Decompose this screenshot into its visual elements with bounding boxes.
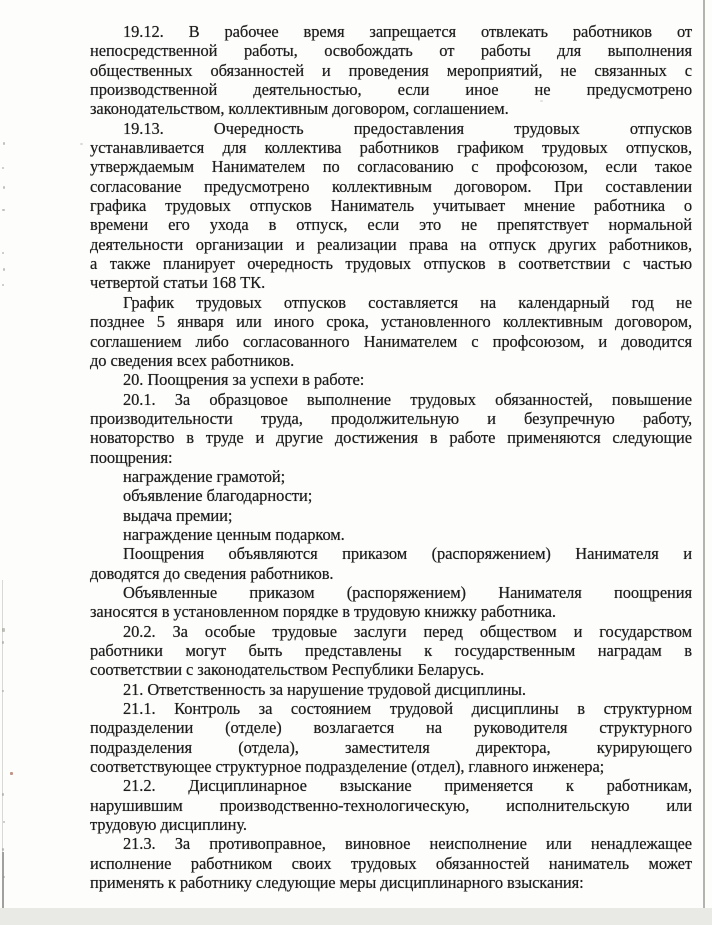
text-line: трудовую дисциплину. [90, 815, 692, 834]
paragraph-list-item-certificate: награждение грамотой; [90, 467, 692, 486]
scan-speck [2, 284, 4, 286]
paragraph-21-2: 21.2. Дисциплинарное взыскание применяет… [90, 776, 692, 834]
scan-speck [2, 793, 4, 796]
text-line: четвертой статьи 168 ТК. [90, 273, 692, 292]
scan-speck [2, 252, 4, 254]
text-line: устанавливается для коллектива работнико… [90, 138, 692, 157]
text-line: новаторство в труде и другие достижения … [90, 428, 692, 447]
text-line: производственной деятельностью, если ино… [90, 80, 692, 99]
paragraph-19-12: 19.12. В рабочее время запрещается отвле… [90, 22, 692, 119]
paragraph-incentives-order: Поощрения объявляются приказом (распоряж… [90, 544, 692, 583]
scan-speck [3, 186, 5, 189]
scan-speck [2, 690, 4, 692]
paragraph-21-3: 21.3. За противоправное, виновное неиспо… [90, 834, 692, 892]
text-line: заносятся в установленном порядке в труд… [90, 602, 692, 621]
paragraph-20-heading: 20. Поощрения за успехи в работе: [90, 370, 692, 389]
scan-speck [3, 142, 5, 145]
paragraph-20-1: 20.1. За образцовое выполнение трудовых … [90, 390, 692, 467]
text-line: поощрения: [90, 448, 692, 467]
text-line: а также планирует очередность трудовых о… [90, 254, 692, 273]
scan-speck [3, 876, 5, 878]
paragraph-19-13: 19.13. Очередность предоставления трудов… [90, 119, 692, 293]
scan-speck [2, 167, 4, 169]
text-line: соответствующее структурное подразделени… [90, 757, 692, 776]
text-line: 20.2. За особые трудовые заслуги перед о… [90, 622, 692, 641]
document-page: 19.12. В рабочее время запрещается отвле… [0, 0, 712, 925]
scan-speck [3, 268, 5, 271]
paragraph-list-item-gratitude: объявление благодарности; [90, 486, 692, 505]
text-line: подразделении (отделе) возлагается на ру… [90, 718, 692, 737]
paragraph-20-2: 20.2. За особые трудовые заслуги перед о… [90, 622, 692, 680]
paragraph-list-item-bonus: выдача премии; [90, 506, 692, 525]
paragraph-21-heading: 21. Ответственность за нарушение трудово… [90, 680, 692, 699]
text-line: 19.12. В рабочее время запрещается отвле… [90, 22, 692, 41]
text-line: законодательством, коллективным договоро… [90, 99, 692, 118]
scan-speck [2, 641, 4, 644]
text-line: 21.1. Контроль за состоянием трудовой ди… [90, 699, 692, 718]
text-line: доводятся до сведения работников. [90, 564, 692, 583]
text-line: График трудовых отпусков составляется на… [90, 293, 692, 312]
paragraph-vacation-schedule: График трудовых отпусков составляется на… [90, 293, 692, 370]
scan-edge-line-left-dark [2, 852, 4, 908]
text-line: Объявленные приказом (распоряжением) Нан… [90, 583, 692, 602]
scan-speck [10, 772, 13, 775]
text-line: Поощрения объявляются приказом (распоряж… [90, 544, 692, 563]
text-line: 21.3. За противоправное, виновное неиспо… [90, 834, 692, 853]
text-line: 20. Поощрения за успехи в работе: [90, 370, 692, 389]
paragraph-list-item-gift: награждение ценным подарком. [90, 525, 692, 544]
text-line: соответствии с законодательством Республ… [90, 660, 692, 679]
text-line: подразделения (отдела), заместителя дире… [90, 738, 692, 757]
scan-speck [2, 628, 5, 632]
text-line: деятельности организации и реализации пр… [90, 235, 692, 254]
text-line: объявление благодарности; [90, 486, 692, 505]
text-line: выдача премии; [90, 506, 692, 525]
text-line: производительности труда, продолжительну… [90, 409, 692, 428]
text-line: награждение ценным подарком. [90, 525, 692, 544]
scan-speck [2, 848, 4, 851]
text-block: 19.12. В рабочее время запрещается отвле… [90, 22, 692, 892]
text-line: графика трудовых отпусков Наниматель учи… [90, 196, 692, 215]
scan-speck [640, 420, 643, 422]
text-line: работники могут быть представлены к госу… [90, 641, 692, 660]
scan-speck [540, 100, 543, 102]
text-line: позднее 5 января или иного срока, устано… [90, 312, 692, 331]
scan-speck [80, 143, 83, 145]
text-line: нарушившим производственно-технологическ… [90, 796, 692, 815]
scan-edge-line-right [703, 0, 705, 925]
paragraph-21-1: 21.1. Контроль за состоянием трудовой ди… [90, 699, 692, 776]
scan-bottom-band [0, 908, 712, 925]
text-line: 19.13. Очередность предоставления трудов… [90, 119, 692, 138]
text-line: общественных обязанностей и проведения м… [90, 61, 692, 80]
text-line: непосредственной работы, освобождать от … [90, 41, 692, 60]
scan-speck [3, 821, 5, 823]
text-line: применять к работнику следующие меры дис… [90, 873, 692, 892]
scan-speck [2, 209, 5, 211]
text-line: 21. Ответственность за нарушение трудово… [90, 680, 692, 699]
text-line: соглашением либо согласованного Нанимате… [90, 332, 692, 351]
paragraph-incentives-record: Объявленные приказом (распоряжением) Нан… [90, 583, 692, 622]
text-line: исполнение работником своих трудовых обя… [90, 854, 692, 873]
text-line: утверждаемым Нанимателем по согласованию… [90, 157, 692, 176]
text-line: награждение грамотой; [90, 467, 692, 486]
text-line: 20.1. За образцовое выполнение трудовых … [90, 390, 692, 409]
text-line: 21.2. Дисциплинарное взыскание применяет… [90, 776, 692, 795]
text-line: времени его ухода в отпуск, если это не … [90, 215, 692, 234]
text-line: до сведения всех работников. [90, 351, 692, 370]
text-line: согласование предусмотрено коллективным … [90, 177, 692, 196]
